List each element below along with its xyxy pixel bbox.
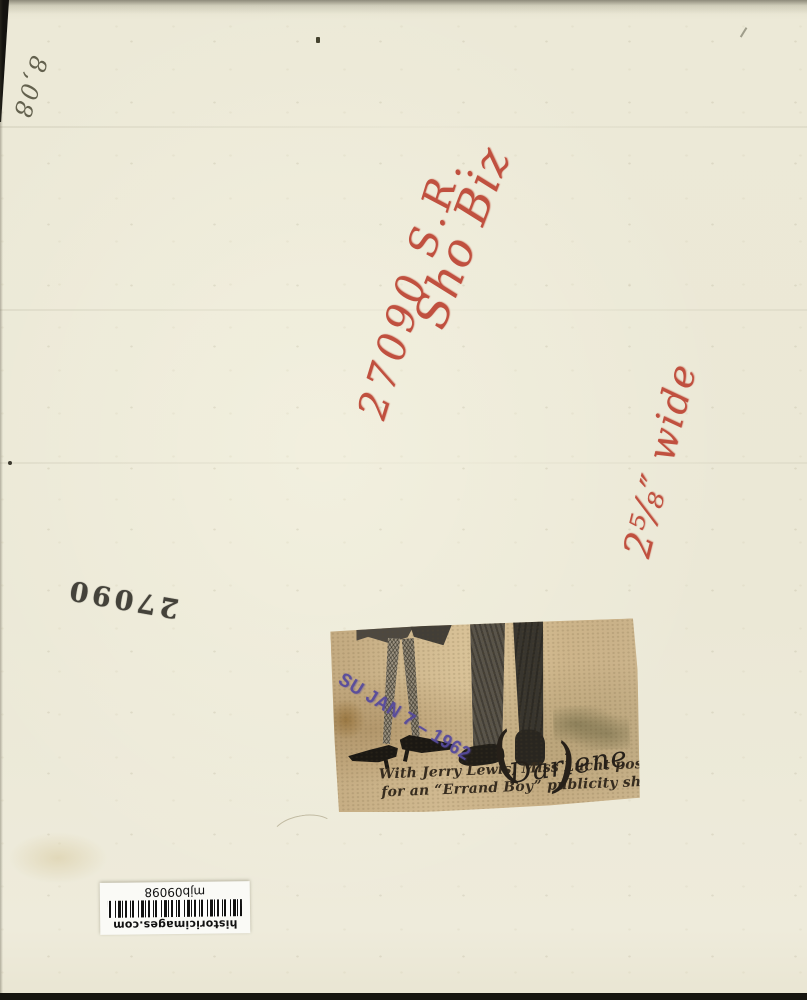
pencil-number: 8,08 <box>0 45 64 132</box>
crease-line <box>0 462 807 464</box>
handwritten-signature: ( Darlene ) <box>489 718 652 807</box>
scan-edge-bottom <box>0 993 807 1000</box>
catalog-number-stamp: 27090 <box>48 567 197 630</box>
woman-skirt-hem <box>410 624 453 646</box>
clipping-stain <box>326 699 365 740</box>
paper-speck <box>8 461 12 465</box>
barcode <box>108 899 242 918</box>
scan-edge-left <box>0 0 3 1000</box>
woman-high-heel-shoe <box>348 744 399 764</box>
photo-back-scan: 8,08 27090 S.R. Sho Biz 2⁵⁄₈″ wide 27090… <box>0 0 807 1000</box>
red-note-size: 2⁵⁄₈″ wide <box>614 355 707 566</box>
barcode-sticker: historicimages.com mjb09098 <box>100 881 251 935</box>
scan-edge-top <box>0 0 807 14</box>
paper-stain <box>8 832 108 884</box>
paper-speck <box>316 37 320 43</box>
sticker-code: mjb09098 <box>100 884 250 900</box>
shoe-heel <box>403 749 409 762</box>
paper-crease-arc <box>268 810 339 858</box>
sticker-website: historicimages.com <box>100 917 250 932</box>
pencil-tick-mark <box>740 27 754 42</box>
crease-line <box>0 126 807 128</box>
news-clipping: SU JAN 7 – 1962 ( Darlene ) With Jerry L… <box>330 618 642 815</box>
signature-flourish: ) <box>547 735 581 798</box>
